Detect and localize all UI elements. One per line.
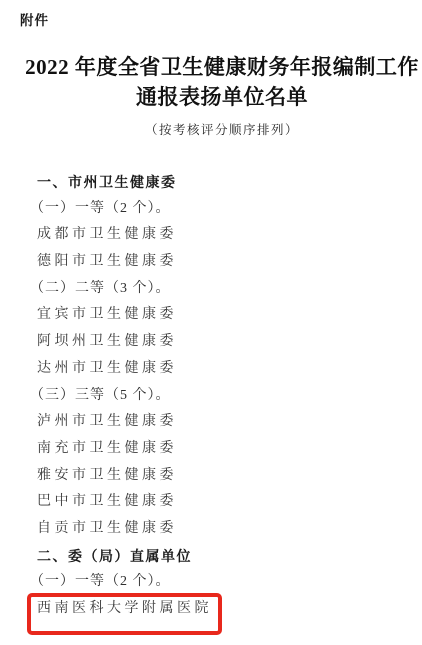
list-item: （一）一等（2 个）。 (0, 569, 422, 596)
list-item: 巴中市卫生健康委 (0, 489, 422, 516)
list-item: 二、委（局）直属单位 (0, 543, 422, 570)
list-item: 达州市卫生健康委 (0, 356, 422, 383)
list-item: 雅安市卫生健康委 (0, 463, 422, 490)
document-title: 2022 年度全省卫生健康财务年报编制工作 通报表扬单位名单 (20, 53, 422, 112)
title-line-1: 2022 年度全省卫生健康财务年报编制工作 (20, 53, 422, 83)
list-item: （一）一等（2 个）。 (0, 196, 422, 223)
list-item: 阿坝州卫生健康委 (0, 329, 422, 356)
list-item: 南充市卫生健康委 (0, 436, 422, 463)
commendation-list: 一、市州卫生健康委（一）一等（2 个）。成都市卫生健康委德阳市卫生健康委（二）二… (0, 169, 422, 623)
list-item: （三）三等（5 个）。 (0, 383, 422, 410)
document-subtitle: （按考核评分顺序排列） (20, 120, 422, 138)
list-item: 一、市州卫生健康委 (0, 169, 422, 196)
list-item: 自贡市卫生健康委 (0, 516, 422, 543)
list-item: 泸州市卫生健康委 (0, 409, 422, 436)
highlight-box (27, 593, 222, 635)
list-item: 宜宾市卫生健康委 (0, 302, 422, 329)
attachment-label: 附件 (20, 9, 49, 29)
list-item: 成都市卫生健康委 (0, 222, 422, 249)
list-item: 德阳市卫生健康委 (0, 249, 422, 276)
document-page: 附件 2022 年度全省卫生健康财务年报编制工作 通报表扬单位名单 （按考核评分… (0, 0, 422, 645)
list-item: （二）二等（3 个）。 (0, 276, 422, 303)
list-item-highlighted: 西南医科大学附属医院 (0, 596, 422, 623)
title-line-2: 通报表扬单位名单 (20, 83, 422, 113)
